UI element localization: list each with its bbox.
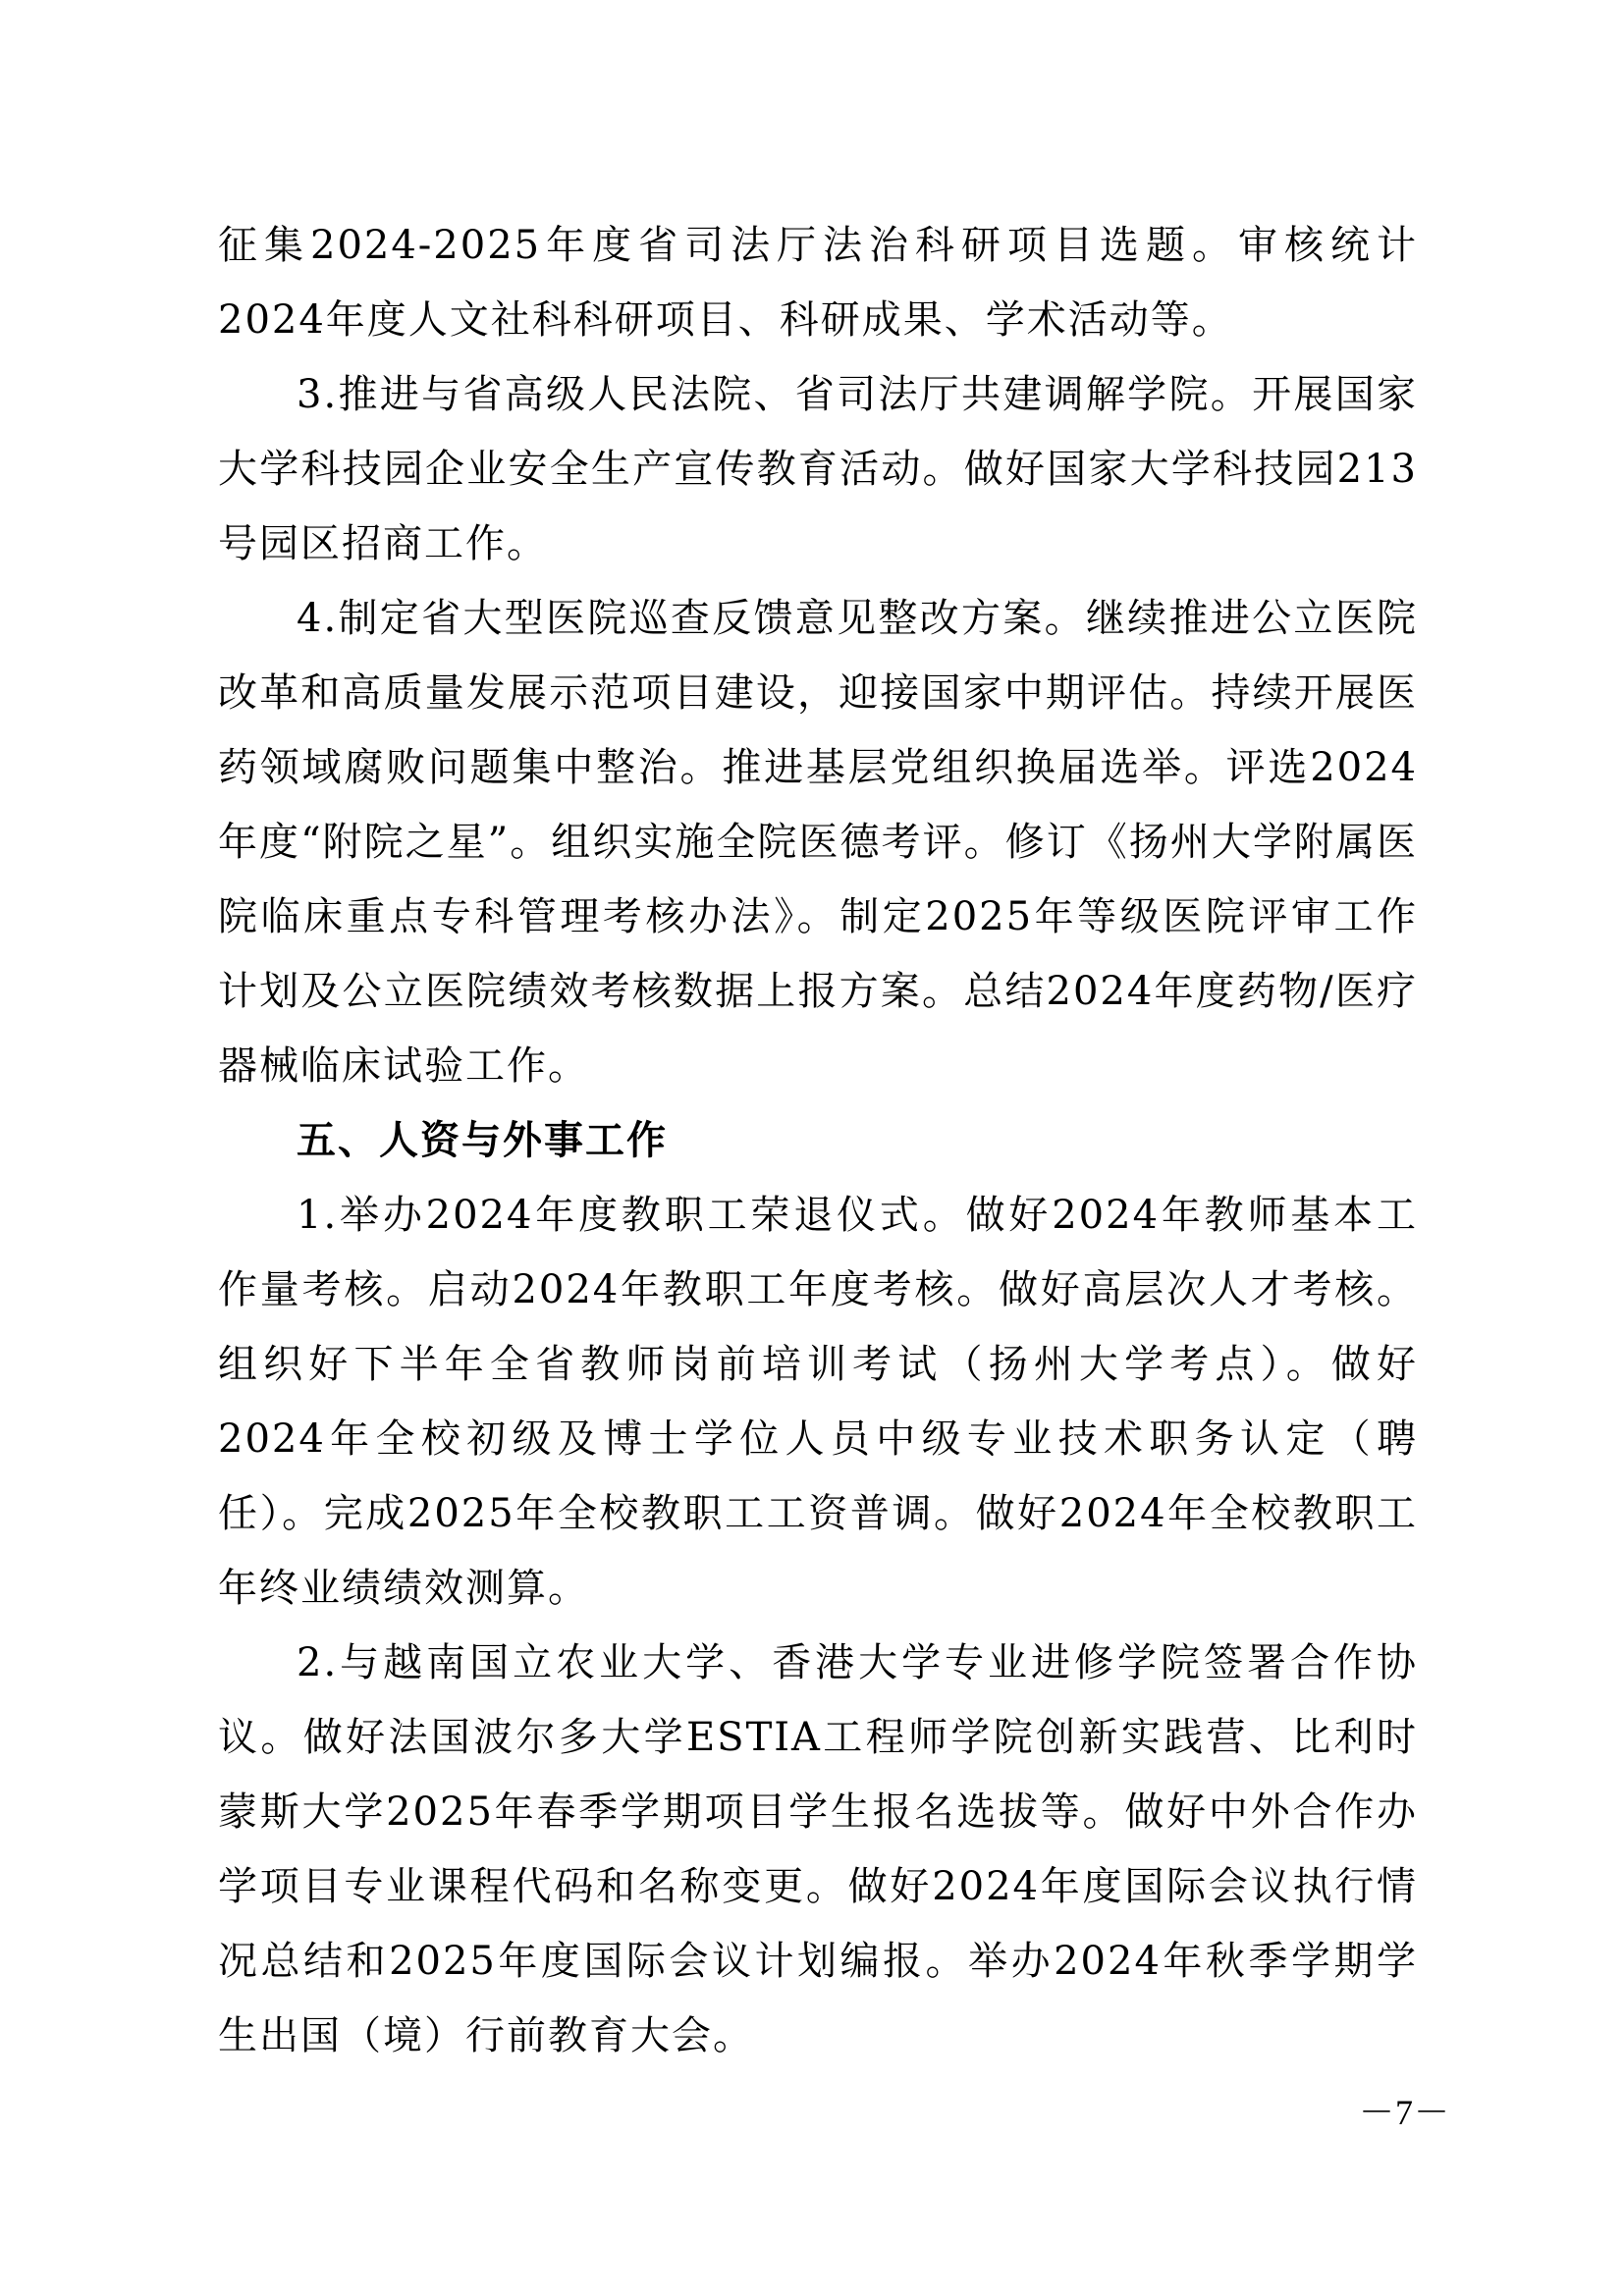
document-page: 征集2024-2025年度省司法厅法治科研项目选题。审核统计2024年度人文社科… <box>218 208 1418 2073</box>
page-number: －7－ <box>1359 2085 1450 2135</box>
paragraph-item-3: 3.推进与省高级人民法院、省司法厅共建调解学院。开展国家大学科技园企业安全生产宣… <box>218 357 1418 581</box>
paragraph-item-4: 4.制定省大型医院巡查反馈意见整改方案。继续推进公立医院改革和高质量发展示范项目… <box>218 581 1418 1103</box>
paragraph-continuation: 征集2024-2025年度省司法厅法治科研项目选题。审核统计2024年度人文社科… <box>218 208 1418 357</box>
paragraph-item-2: 2.与越南国立农业大学、香港大学专业进修学院签署合作协议。做好法国波尔多大学ES… <box>218 1626 1418 2073</box>
paragraph-item-1: 1.举办2024年度教职工荣退仪式。做好2024年教师基本工作量考核。启动202… <box>218 1178 1418 1626</box>
section-heading: 五、人资与外事工作 <box>218 1103 1418 1178</box>
